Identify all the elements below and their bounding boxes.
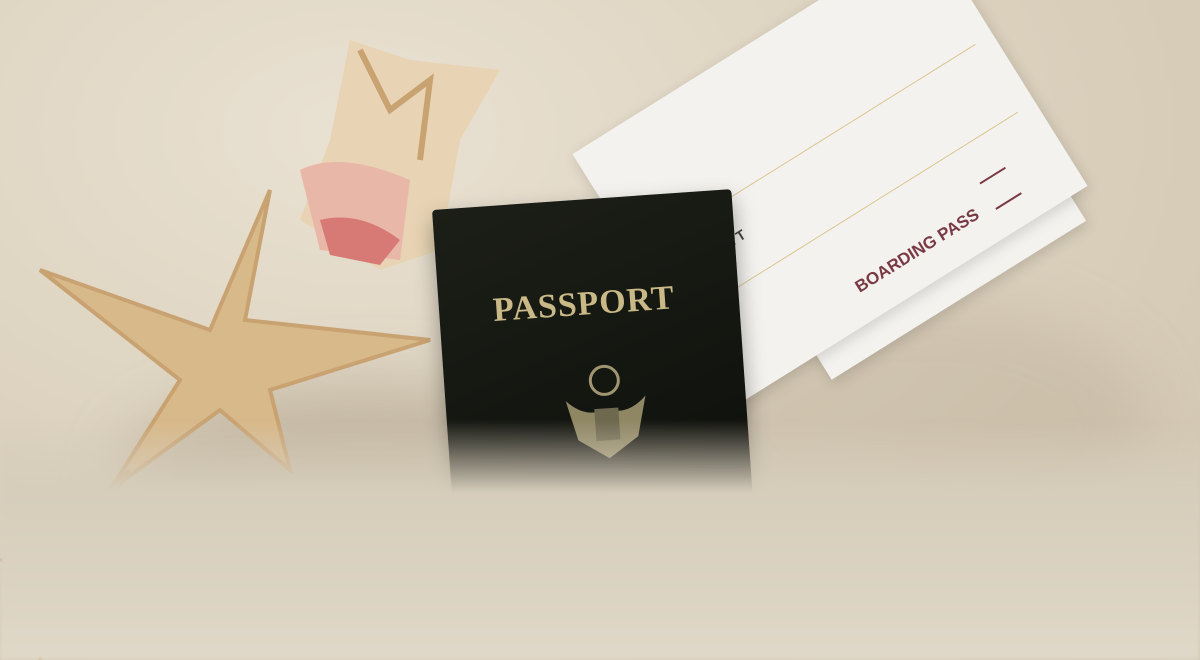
- ticket-stub-mark: [995, 192, 1022, 210]
- sand-foreground: [0, 420, 1200, 660]
- beach-scene: ETICKET BOARDING PASS PASSPORT: [0, 0, 1200, 660]
- ticket-stub-mark: [979, 167, 1006, 185]
- passport-title: PASSPORT: [492, 279, 676, 330]
